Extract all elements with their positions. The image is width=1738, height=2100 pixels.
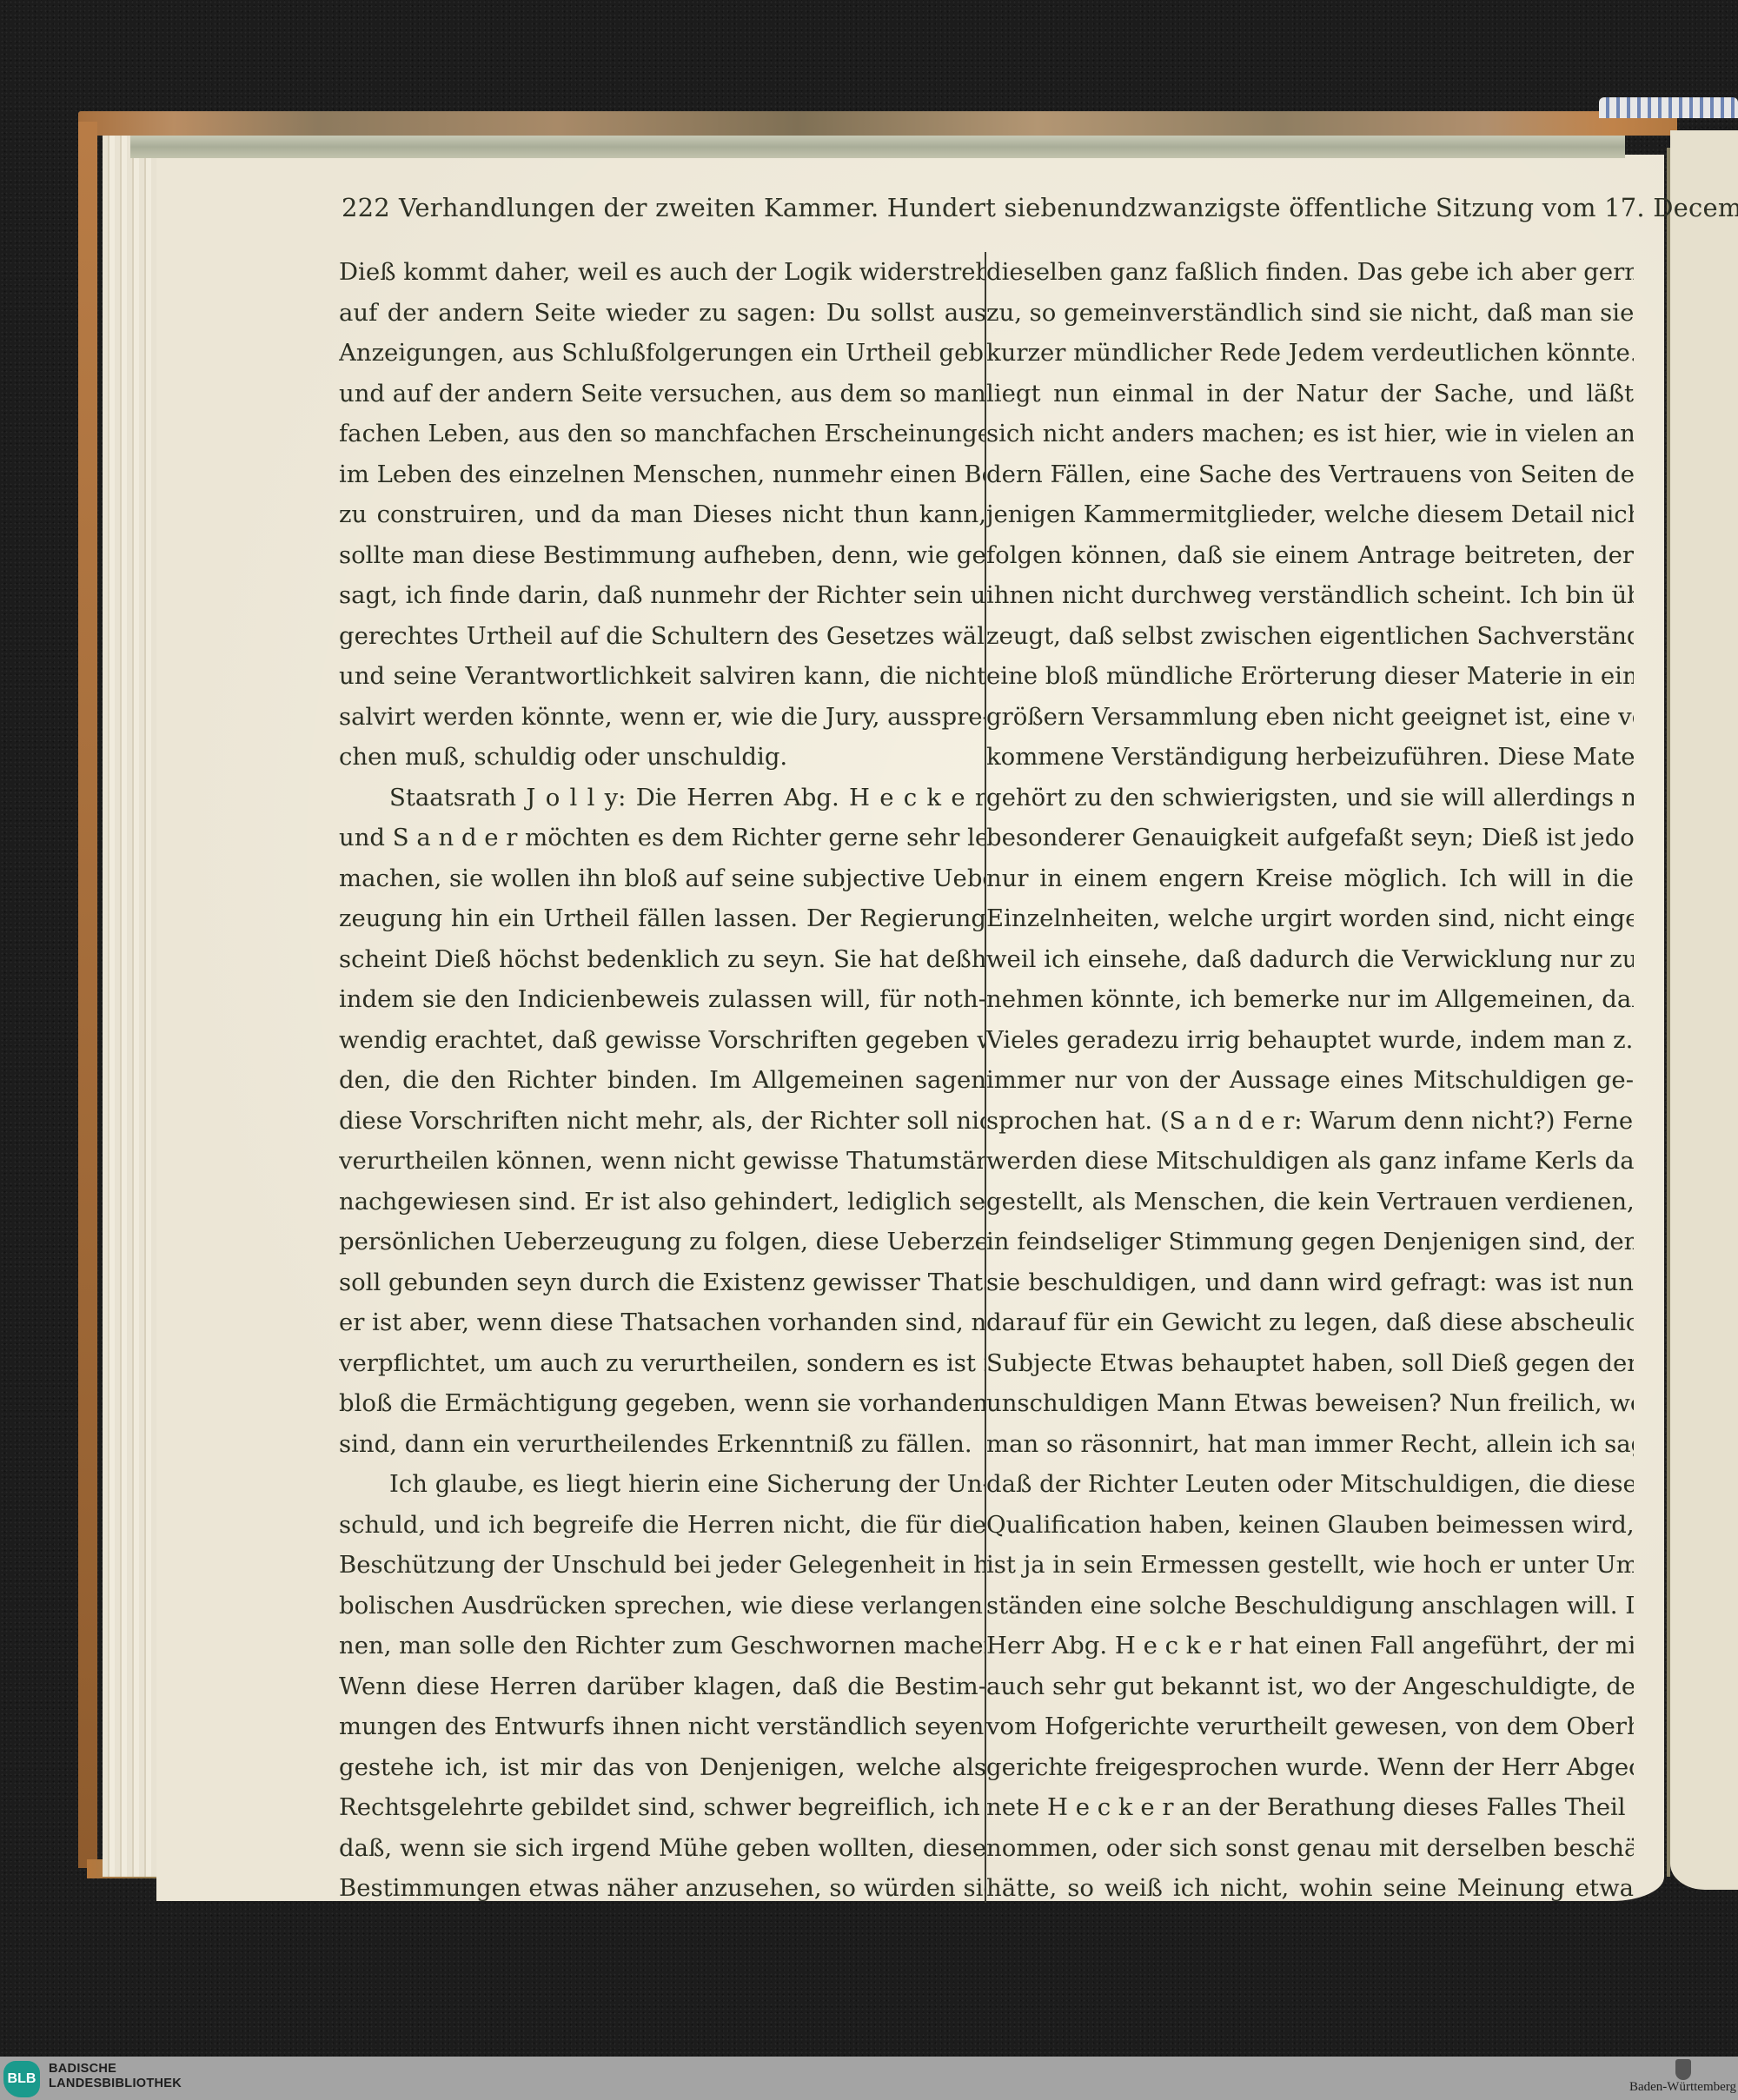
text-line: größern Versammlung eben nicht geeignet … bbox=[986, 697, 1634, 738]
text-line: zeugung hin ein Urtheil fällen lassen. D… bbox=[339, 898, 986, 939]
library-name-line2: LANDESBIBLIOTHEK bbox=[49, 2077, 182, 2091]
text-line: vom Hofgerichte verurtheilt gewesen, von… bbox=[986, 1706, 1634, 1747]
text-line: chen muß, schuldig oder unschuldig. bbox=[339, 737, 986, 778]
text-line: nachgewiesen sind. Er ist also gehindert… bbox=[339, 1182, 986, 1222]
text-line: verpflichtet, um auch zu verurtheilen, s… bbox=[339, 1343, 986, 1384]
book-cover-left-edge bbox=[78, 122, 97, 1868]
text-line: nur in einem engern Kreise möglich. Ich … bbox=[986, 858, 1634, 899]
text-line: darauf für ein Gewicht zu legen, daß die… bbox=[986, 1302, 1634, 1343]
text-line: sprochen hat. (S a n d e r: Warum denn n… bbox=[986, 1101, 1634, 1142]
text-line: nen, man solle den Richter zum Geschworn… bbox=[339, 1626, 986, 1666]
text-line: Qualification haben, keinen Glauben beim… bbox=[986, 1505, 1634, 1546]
text-line: sind, dann ein verurtheilendes Erkenntni… bbox=[339, 1424, 986, 1465]
text-line: dieselben ganz faßlich finden. Das gebe … bbox=[986, 252, 1634, 293]
text-line: immer nur von der Aussage eines Mitschul… bbox=[986, 1060, 1634, 1101]
text-line: daß, wenn sie sich irgend Mühe geben wol… bbox=[339, 1828, 986, 1869]
text-line: den, die den Richter binden. Im Allgemei… bbox=[339, 1060, 986, 1101]
running-head-title: Verhandlungen der zweiten Kammer. Hunder… bbox=[399, 193, 1738, 222]
text-line: verurtheilen können, wenn nicht gewisse … bbox=[339, 1141, 986, 1182]
text-line: diese Vorschriften nicht mehr, als, der … bbox=[339, 1101, 986, 1142]
text-line: sollte man diese Bestimmung aufheben, de… bbox=[339, 535, 986, 576]
text-line: auf der andern Seite wieder zu sagen: Du… bbox=[339, 293, 986, 334]
coat-of-arms-icon bbox=[1675, 2059, 1691, 2080]
text-line: und seine Verantwortlichkeit salviren ka… bbox=[339, 656, 986, 697]
text-line: liegt nun einmal in der Natur der Sache,… bbox=[986, 374, 1634, 414]
text-line: im Leben des einzelnen Menschen, nunmehr… bbox=[339, 454, 986, 495]
text-line: Wenn diese Herren darüber klagen, daß di… bbox=[339, 1666, 986, 1707]
text-line: Herr Abg. H e c k e r hat einen Fall ang… bbox=[986, 1626, 1634, 1666]
text-line: ihnen nicht durchweg verständlich schein… bbox=[986, 575, 1634, 616]
text-line: Subjecte Etwas behauptet haben, soll Die… bbox=[986, 1343, 1634, 1384]
text-line: persönlichen Ueberzeugung zu folgen, die… bbox=[339, 1222, 986, 1262]
state-name: Baden-Württemberg bbox=[1629, 2080, 1736, 2095]
text-line: dern Fällen, eine Sache des Vertrauens v… bbox=[986, 454, 1634, 495]
page-gutter bbox=[1667, 148, 1670, 1877]
left-text-column: Dieß kommt daher, weil es auch der Logik… bbox=[339, 252, 986, 1909]
text-line: jenigen Kammermitglieder, welche diesem … bbox=[986, 494, 1634, 535]
text-line: und auf der andern Seite versuchen, aus … bbox=[339, 374, 986, 414]
text-line: schuld, und ich begreife die Herren nich… bbox=[339, 1505, 986, 1546]
library-name-line1: BADISCHE bbox=[49, 2062, 182, 2077]
scanned-book-spread: 222Verhandlungen der zweiten Kammer. Hun… bbox=[0, 0, 1738, 2057]
text-line: gerechtes Urtheil auf die Schultern des … bbox=[339, 616, 986, 657]
text-line: eine bloß mündliche Erörterung dieser Ma… bbox=[986, 656, 1634, 697]
text-line: Einzelnheiten, welche urgirt worden sind… bbox=[986, 898, 1634, 939]
text-line: hätte, so weiß ich nicht, wohin seine Me… bbox=[986, 1868, 1634, 1909]
text-line: und S a n d e r möchten es dem Richter g… bbox=[339, 818, 986, 858]
text-line: Ich glaube, es liegt hierin eine Sicheru… bbox=[339, 1464, 986, 1505]
text-line: gehört zu den schwierigsten, und sie wil… bbox=[986, 778, 1634, 818]
text-line: nommen, oder sich sonst genau mit dersel… bbox=[986, 1828, 1634, 1869]
text-line: zeugt, daß selbst zwischen eigentlichen … bbox=[986, 616, 1634, 657]
text-line: bolischen Ausdrücken sprechen, wie diese… bbox=[339, 1586, 986, 1626]
facing-page-edge bbox=[1670, 130, 1738, 1890]
text-line: Dieß kommt daher, weil es auch der Logik… bbox=[339, 252, 986, 293]
page-block-fore-edge bbox=[103, 136, 164, 1877]
text-line: kurzer mündlicher Rede Jedem verdeutlich… bbox=[986, 333, 1634, 374]
text-line: sie beschuldigen, und dann wird gefragt:… bbox=[986, 1262, 1634, 1303]
text-line: folgen können, daß sie einem Antrage bei… bbox=[986, 535, 1634, 576]
text-line: nete H e c k e r an der Berathung dieses… bbox=[986, 1787, 1634, 1828]
text-line: fachen Leben, aus den so manchfachen Ers… bbox=[339, 414, 986, 454]
text-line: mungen des Entwurfs ihnen nicht verständ… bbox=[339, 1706, 986, 1747]
text-line: auch sehr gut bekannt ist, wo der Angesc… bbox=[986, 1666, 1634, 1707]
text-line: kommene Verständigung herbeizuführen. Di… bbox=[986, 737, 1634, 778]
text-line: gerichte freigesprochen wurde. Wenn der … bbox=[986, 1747, 1634, 1788]
right-text-column: dieselben ganz faßlich finden. Das gebe … bbox=[986, 252, 1634, 1909]
text-line: indem sie den Indicienbeweis zulassen wi… bbox=[339, 979, 986, 1020]
text-line: werden diese Mitschuldigen als ganz infa… bbox=[986, 1141, 1634, 1182]
text-line: er ist aber, wenn diese Thatsachen vorha… bbox=[339, 1302, 986, 1343]
text-line: nehmen könnte, ich bemerke nur im Allgem… bbox=[986, 979, 1634, 1020]
text-line: Beschützung der Unschuld bei jeder Geleg… bbox=[339, 1545, 986, 1586]
text-line: gestellt, als Menschen, die kein Vertrau… bbox=[986, 1182, 1634, 1222]
text-line: ist ja in sein Ermessen gestellt, wie ho… bbox=[986, 1545, 1634, 1586]
book-cover-top-edge bbox=[78, 111, 1677, 136]
page-number: 222 bbox=[342, 193, 390, 222]
book-headband bbox=[1599, 97, 1738, 118]
text-line: zu construiren, und da man Dieses nicht … bbox=[339, 494, 986, 535]
page-block-top-edge bbox=[130, 136, 1625, 158]
text-line: ständen eine solche Beschuldigung anschl… bbox=[986, 1586, 1634, 1626]
text-line: salvirt werden könnte, wenn er, wie die … bbox=[339, 697, 986, 738]
text-line: in feindseliger Stimmung gegen Denjenige… bbox=[986, 1222, 1634, 1262]
text-line: bloß die Ermächtigung gegeben, wenn sie … bbox=[339, 1383, 986, 1424]
text-line: Vieles geradezu irrig behauptet wurde, i… bbox=[986, 1020, 1634, 1061]
running-head: 222Verhandlungen der zweiten Kammer. Hun… bbox=[342, 193, 1615, 222]
text-line: daß der Richter Leuten oder Mitschuldige… bbox=[986, 1464, 1634, 1505]
text-line: sich nicht anders machen; es ist hier, w… bbox=[986, 414, 1634, 454]
footer-bar: BLB BADISCHE LANDESBIBLIOTHEK Baden-Würt… bbox=[0, 2057, 1738, 2100]
blb-logo-icon[interactable]: BLB bbox=[3, 2061, 40, 2097]
text-line: machen, sie wollen ihn bloß auf seine su… bbox=[339, 858, 986, 899]
library-name: BADISCHE LANDESBIBLIOTHEK bbox=[49, 2062, 182, 2091]
text-line: sagt, ich finde darin, daß nunmehr der R… bbox=[339, 575, 986, 616]
text-line: Rechtsgelehrte gebildet sind, schwer beg… bbox=[339, 1787, 986, 1828]
text-line: Staatsrath J o l l y: Die Herren Abg. H … bbox=[339, 778, 986, 818]
text-line: besonderer Genauigkeit aufgefaßt seyn; D… bbox=[986, 818, 1634, 858]
text-line: gestehe ich, ist mir das von Denjenigen,… bbox=[339, 1747, 986, 1788]
text-line: zu, so gemeinverständlich sind sie nicht… bbox=[986, 293, 1634, 334]
text-line: Bestimmungen etwas näher anzusehen, so w… bbox=[339, 1868, 986, 1909]
text-line: unschuldigen Mann Etwas beweisen? Nun fr… bbox=[986, 1383, 1634, 1424]
text-line: scheint Dieß höchst bedenklich zu seyn. … bbox=[339, 939, 986, 980]
text-line: soll gebunden seyn durch die Existenz ge… bbox=[339, 1262, 986, 1303]
text-line: Anzeigungen, aus Schlußfolgerungen ein U… bbox=[339, 333, 986, 374]
text-line: wendig erachtet, daß gewisse Vorschrifte… bbox=[339, 1020, 986, 1061]
text-line: man so räsonnirt, hat man immer Recht, a… bbox=[986, 1424, 1634, 1465]
text-line: weil ich einsehe, daß dadurch die Verwic… bbox=[986, 939, 1634, 980]
